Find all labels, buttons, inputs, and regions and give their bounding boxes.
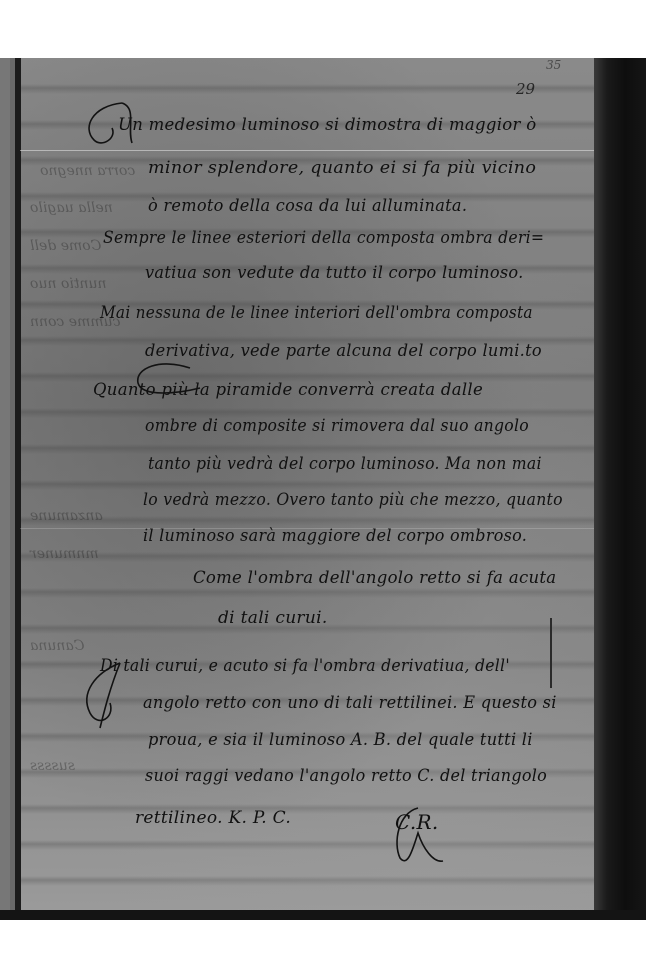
text-line: Un medesimo luminoso si dimostra di magg… [118,115,536,135]
text-line: vatiua son vedute da tutto il corpo lumi… [145,263,524,283]
text-line: suoi raggi vedano l'angolo retto C. del … [145,766,547,786]
manuscript-scan: corra nnegno nella uagilo Come dell nunt… [0,58,646,920]
text-line: ò remoto della cosa da lui alluminata. [148,196,467,216]
bleed-through-text: Canuna [30,638,84,654]
initial-flourish-icon [130,353,220,403]
book-binding-gutter [594,58,646,920]
section-heading: Come l'ombra dell'angolo retto si fa acu… [193,568,556,588]
text-line: proua, e sia il luminoso A. B. del quale… [148,730,533,750]
text-line: Sempre le linee esteriori della composta… [103,228,544,248]
left-margin-rule [15,58,21,910]
bleed-through-text: nella uagilo [30,200,113,216]
bleed-through-text: sussss [30,758,75,774]
text-line: il luminoso sarà maggiore del corpo ombr… [143,526,527,546]
initial-flourish-icon [80,658,150,738]
text-line: rettilineo. K. P. C. [135,808,291,828]
initial-flourish-icon [82,98,162,158]
bleed-through-text: Come dell [30,238,101,254]
text-line: ombre di composite si rimovera dal suo a… [145,416,529,436]
page-number: 29 [516,80,535,98]
signature-flourish-icon [388,803,448,873]
text-line: Di tali curui, e acuto si fa l'ombra der… [100,656,510,676]
bleed-through-text: corra nnegno [40,163,135,179]
bleed-through-text: anzamune [30,508,103,524]
folio-number: 35 [546,58,561,72]
bleed-through-text: nuntio nuo [30,276,107,292]
text-line: Mai nessuna de le linee interiori dell'o… [100,303,533,323]
text-line: angolo retto con uno di tali rettilinei.… [143,693,557,713]
bleed-through-text: mnmuner [30,546,99,562]
section-heading: di tali curui. [218,608,328,628]
margin-bracket-mark [550,618,552,688]
text-line: lo vedrà mezzo. Overo tanto più che mezz… [143,490,563,510]
scan-bottom-edge [0,910,646,920]
text-line: minor splendore, quanto ei si fa più vic… [148,158,536,178]
text-line: tanto più vedrà del corpo luminoso. Ma n… [148,454,542,474]
